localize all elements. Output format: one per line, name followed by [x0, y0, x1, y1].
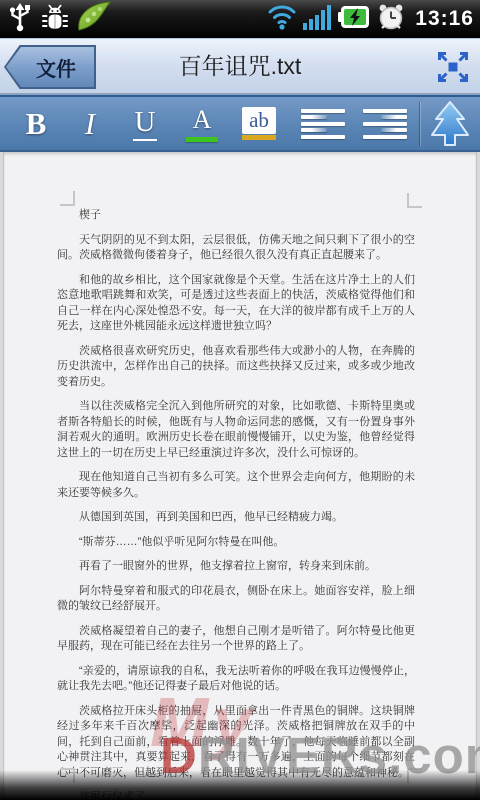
status-bar-left [6, 0, 116, 39]
paragraph: 现在他知道自己当初有多么可笑。这个世界会走向何方，他期盼的未来还要等候多久。 [57, 470, 415, 501]
snappea-icon [76, 0, 116, 39]
chapter-heading: 楔子 [57, 208, 415, 224]
paragraph: 天气阴阴的见不到太阳，云层很低，仿佛天地之间只剩下了很小的空间。茨威格微微佝偻着… [57, 233, 415, 264]
align-left-button[interactable] [301, 107, 347, 141]
font-color-button[interactable]: A [174, 99, 230, 149]
screen: 13:16 百年诅咒.txt 文件 B I [0, 0, 480, 800]
status-bar-right: 13:16 [267, 2, 474, 37]
status-bar[interactable]: 13:16 [0, 0, 480, 38]
margin-corner-top-right [407, 193, 422, 208]
paragraph: “亲爱的，请原谅我的自私，我无法听着你的呼吸在我耳边慢慢停止，就让我先去吧。”他… [57, 664, 415, 695]
format-toolbar: B I U A ab [0, 95, 480, 152]
margin-corner-top-left [60, 191, 75, 206]
font-color-swatch [186, 137, 218, 142]
paragraph: 茨威格很喜欢研究历史，他喜欢看那些伟大或渺小的人物，在奔腾的历史洪流中，怎样作出… [57, 344, 415, 391]
bold-button[interactable]: B [8, 99, 64, 149]
toolbar-divider [419, 102, 420, 146]
underline-icon: U [133, 106, 158, 141]
file-button-label: 文件 [6, 47, 94, 87]
bold-icon: B [26, 106, 47, 142]
paragraph: “斯蒂芬……”他似乎听见阿尔特曼在叫他。 [57, 535, 415, 551]
underline-button[interactable]: U [116, 99, 174, 149]
paragraph: 茨威格拉开床头柜的抽屉，从里面拿出一件青黑色的铜牌。这块铜牌经过多年来千百次摩挲… [57, 704, 415, 782]
margin-corner-bottom-left [60, 768, 75, 783]
highlight-button[interactable]: ab [230, 99, 288, 149]
paragraph: 茨威格凝望着自己的妻子，他想自己刚才是听错了。阿尔特曼比他更早服药，现在可能已经… [57, 624, 415, 655]
paragraph: 当以往茨威格完全沉入到他所研究的对象，比如歌德、卡斯特里奥或者斯各特船长的时候，… [57, 399, 415, 461]
highlight-icon: ab [242, 107, 276, 134]
clock-time: 13:16 [415, 7, 474, 31]
paragraph: 阿尔特曼穿着和服式的印花晨衣，侧卧在床上。她面容安祥，脸上细微的皱纹已经舒展开。 [57, 584, 415, 615]
collapse-toolbar-button[interactable] [428, 100, 472, 148]
italic-button[interactable]: I [64, 99, 116, 149]
paragraph: 和他的故乡相比，这个国家就像是个天堂。生活在这片净土上的人们恣意地歌唱跳舞和欢笑… [57, 273, 415, 335]
alarm-clock-icon [376, 2, 406, 37]
font-color-icon: A [193, 105, 212, 135]
document-text: 楔子 天气阴阴的见不到太阳，云层很低，仿佛天地之间只剩下了很小的空间。茨威格微微… [57, 208, 415, 800]
fullscreen-button[interactable] [434, 48, 472, 86]
usb-icon [6, 2, 34, 37]
paragraph: 从德国到英国，再到美国和巴西，他早已经精疲力竭。 [57, 510, 415, 526]
align-right-button[interactable] [361, 107, 407, 141]
margin-corner-bottom-right [407, 768, 422, 783]
battery-charging-icon [337, 3, 371, 36]
wifi-icon [267, 4, 297, 35]
highlight-swatch [242, 135, 276, 140]
double-up-arrow-icon [429, 100, 471, 148]
fullscreen-icon [434, 48, 472, 86]
adb-debug-icon [40, 2, 70, 37]
paragraph: 该履行仪式了。 [57, 790, 415, 800]
title-bar: 百年诅咒.txt 文件 [0, 38, 480, 95]
file-button[interactable]: 文件 [4, 45, 96, 89]
signal-strength-icon [302, 3, 332, 36]
italic-icon: I [85, 106, 95, 142]
document-page[interactable]: 楔子 天气阴阴的见不到太阳，云层很低，仿佛天地之间只剩下了很小的空间。茨威格微微… [0, 152, 480, 800]
paragraph: 再看了一眼窗外的世界，他支撑着拉上窗帘，转身来到床前。 [57, 559, 415, 575]
